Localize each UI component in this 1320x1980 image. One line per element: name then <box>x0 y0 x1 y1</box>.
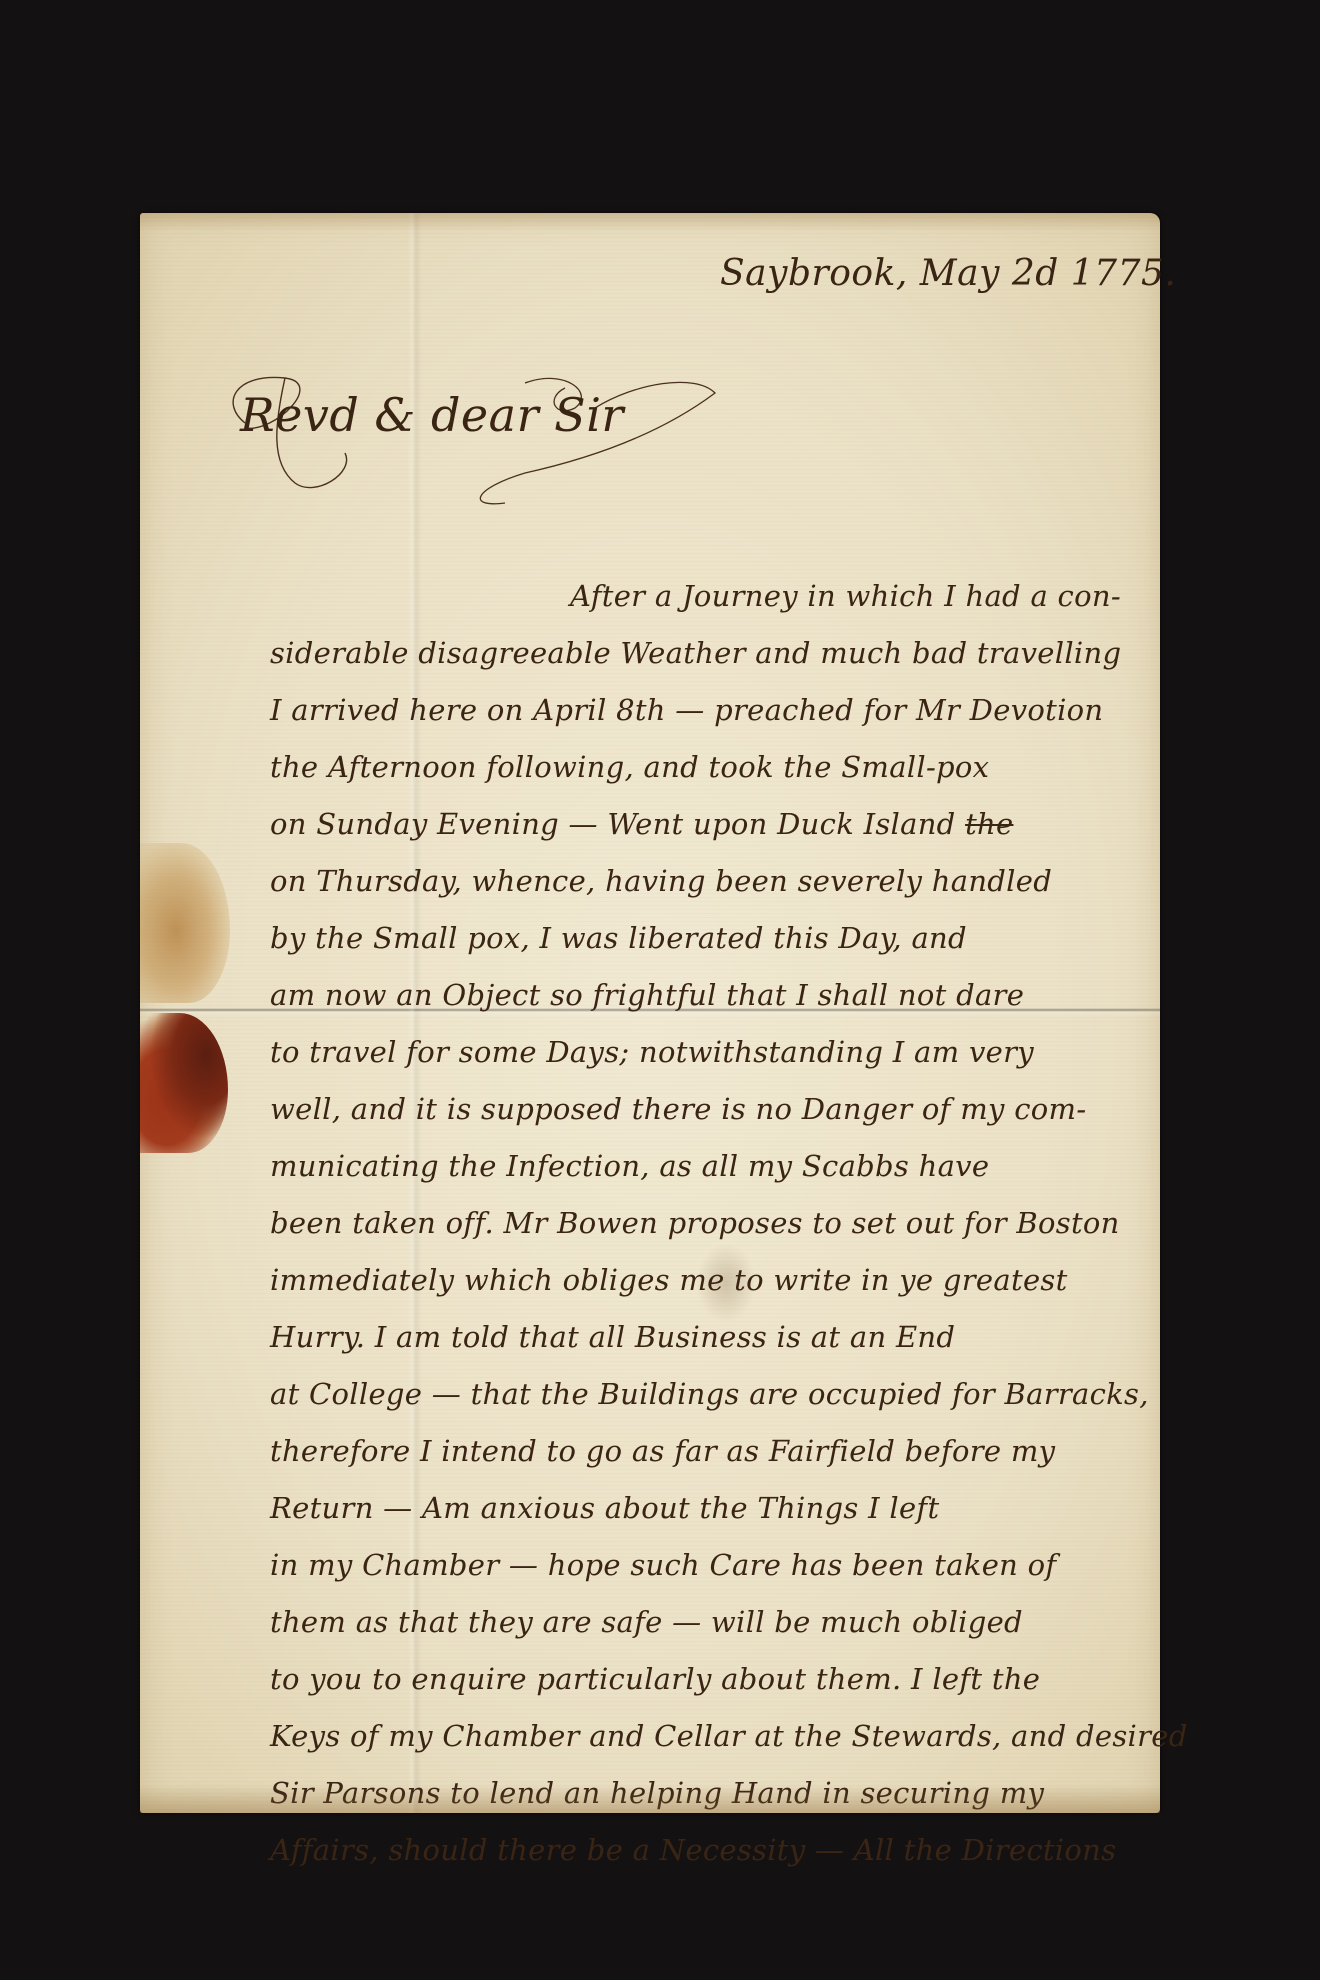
body-line: am now an Object so frightful that I sha… <box>270 967 1150 1024</box>
body-line-text: on Sunday Evening — Went upon Duck Islan… <box>270 807 956 841</box>
sealing-wax-remnant <box>140 1013 228 1153</box>
body-line: municating the Infection, as all my Scab… <box>270 1138 1150 1195</box>
body-line: Return — Am anxious about the Things I l… <box>270 1480 1150 1537</box>
letter-page: Saybrook, May 2d 1775. Revd & dear Sir A… <box>140 213 1160 1813</box>
body-line: them as that they are safe — will be muc… <box>270 1594 1150 1651</box>
body-line: Hurry. I am told that all Business is at… <box>270 1309 1150 1366</box>
body-line: After a Journey in which I had a con- <box>270 568 1150 625</box>
struck-word: the <box>965 807 1013 841</box>
body-line: been taken off. Mr Bowen proposes to set… <box>270 1195 1150 1252</box>
body-line: therefore I intend to go as far as Fairf… <box>270 1423 1150 1480</box>
body-line: at College — that the Buildings are occu… <box>270 1366 1150 1423</box>
dateline: Saybrook, May 2d 1775. <box>720 253 1176 294</box>
body-line: siderable disagreeable Weather and much … <box>270 625 1150 682</box>
body-line: Sir Parsons to lend an helping Hand in s… <box>270 1765 1150 1822</box>
body-line: immediately which obliges me to write in… <box>270 1252 1150 1309</box>
body-line: the Afternoon following, and took the Sm… <box>270 739 1150 796</box>
amber-stain <box>140 843 230 1003</box>
letter-body: After a Journey in which I had a con- si… <box>270 568 1150 1879</box>
body-line: by the Small pox, I was liberated this D… <box>270 910 1150 967</box>
body-line-with-strikethrough: on Sunday Evening — Went upon Duck Islan… <box>270 796 1150 853</box>
body-line: to you to enquire particularly about the… <box>270 1651 1150 1708</box>
salutation: Revd & dear Sir <box>240 388 624 442</box>
body-line: well, and it is supposed there is no Dan… <box>270 1081 1150 1138</box>
body-line: to travel for some Days; notwithstanding… <box>270 1024 1150 1081</box>
body-line: Affairs, should there be a Necessity — A… <box>270 1822 1150 1879</box>
body-line: Keys of my Chamber and Cellar at the Ste… <box>270 1708 1150 1765</box>
body-line: on Thursday, whence, having been severel… <box>270 853 1150 910</box>
body-line: in my Chamber — hope such Care has been … <box>270 1537 1150 1594</box>
body-line: I arrived here on April 8th — preached f… <box>270 682 1150 739</box>
